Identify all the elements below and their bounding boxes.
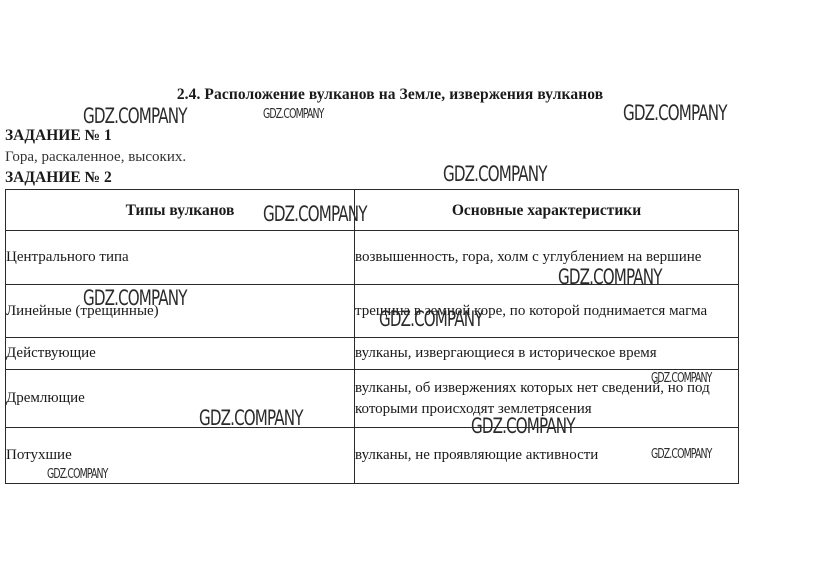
watermark: GDZ.COMPANY: [623, 101, 727, 125]
table-row: Центрального типа возвышенность, гора, х…: [6, 231, 739, 285]
task-1-heading: ЗАДАНИЕ № 1: [5, 127, 112, 145]
volcano-type-cell: Потухшие: [6, 428, 355, 484]
task-2-heading: ЗАДАНИЕ № 2: [5, 169, 112, 187]
table-row: Потухшие вулканы, не проявляющие активно…: [6, 428, 739, 484]
header-main-characteristics: Основные характеристики: [355, 190, 739, 231]
volcano-type-cell: Действующие: [6, 338, 355, 370]
table-row: Линейные (трещинные) трещина в земной ко…: [6, 285, 739, 338]
volcano-type-cell: Дремлющие: [6, 370, 355, 428]
characteristic-cell: вулканы, извергающиеся в историческое вр…: [355, 338, 739, 370]
watermark: GDZ.COMPANY: [263, 107, 323, 122]
characteristic-cell: вулканы, об извержениях которых нет свед…: [355, 370, 739, 428]
watermark: GDZ.COMPANY: [443, 162, 547, 186]
characteristic-cell: трещина в земной коре, по которой подним…: [355, 285, 739, 338]
table-header-row: Типы вулканов Основные характеристики: [6, 190, 739, 231]
characteristic-cell: возвышенность, гора, холм с углублением …: [355, 231, 739, 285]
volcano-type-cell: Линейные (трещинные): [6, 285, 355, 338]
volcano-types-table: Типы вулканов Основные характеристики Це…: [5, 189, 739, 484]
page-title: 2.4. Расположение вулканов на Земле, изв…: [0, 86, 780, 104]
watermark: GDZ.COMPANY: [83, 104, 187, 128]
task-1-answer: Гора, раскаленное, высоких.: [5, 149, 186, 166]
characteristic-cell: вулканы, не проявляющие активности: [355, 428, 739, 484]
table-row: Дремлющие вулканы, об извержениях которы…: [6, 370, 739, 428]
table-row: Действующие вулканы, извергающиеся в ист…: [6, 338, 739, 370]
header-volcano-types: Типы вулканов: [6, 190, 355, 231]
volcano-type-cell: Центрального типа: [6, 231, 355, 285]
